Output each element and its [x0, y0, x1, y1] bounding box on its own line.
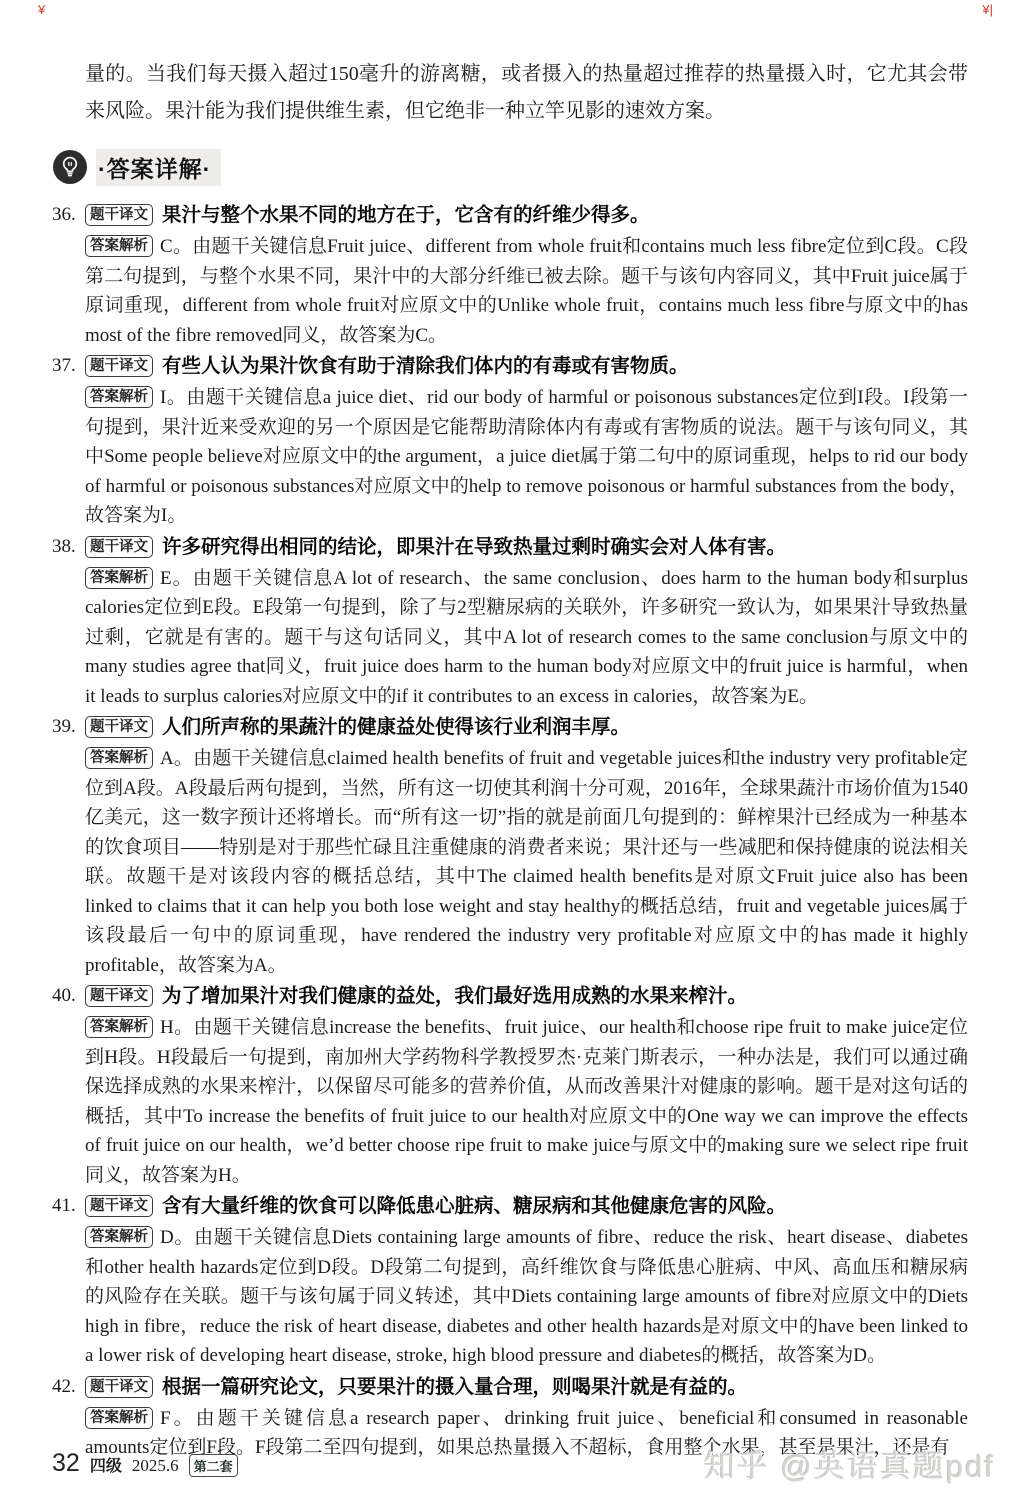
analysis-text: H。由题干关键信息increase the benefits、fruit jui… [85, 1017, 968, 1186]
analysis-label: 答案解析 [85, 747, 153, 769]
exam-date: 2025.6 [132, 1456, 179, 1476]
item-number: 36. [52, 200, 76, 230]
answer-analysis: 答案解析C。由题干关键信息Fruit juice、different from … [85, 232, 968, 350]
translation-label: 题干译文 [85, 204, 153, 226]
translation-label: 题干译文 [85, 716, 153, 738]
item-number: 38. [52, 532, 76, 562]
question-translation: 为了增加果汁对我们健康的益处，我们最好选用成熟的水果来榨汁。 [162, 985, 747, 1007]
answer-item: 38. 题干译文许多研究得出相同的结论，即果汁在导致热量过剩时确实会对人体有害。… [85, 532, 968, 712]
page-footer: 32 四级 2025.6 第二套 [52, 1449, 238, 1478]
answer-items: 36. 题干译文果汁与整个水果不同的地方在于，它含有的纤维少得多。 答案解析C。… [85, 200, 968, 1463]
answer-item: 40. 题干译文为了增加果汁对我们健康的益处，我们最好选用成熟的水果来榨汁。 答… [85, 981, 968, 1190]
question-title-row: 题干译文果汁与整个水果不同的地方在于，它含有的纤维少得多。 [85, 200, 968, 232]
question-translation: 有些人认为果汁饮食有助于清除我们体内的有毒或有害物质。 [162, 355, 689, 377]
question-title-row: 题干译文有些人认为果汁饮食有助于清除我们体内的有毒或有害物质。 [85, 351, 968, 383]
question-translation: 含有大量纤维的饮食可以降低患心脏病、糖尿病和其他健康危害的风险。 [162, 1195, 786, 1217]
answer-analysis: 答案解析H。由题干关键信息increase the benefits、fruit… [85, 1013, 968, 1190]
question-translation: 人们所声称的果蔬汁的健康益处使得该行业利润丰厚。 [162, 716, 630, 738]
question-title-row: 题干译文含有大量纤维的饮食可以降低患心脏病、糖尿病和其他健康危害的风险。 [85, 1191, 968, 1223]
question-translation: 许多研究得出相同的结论，即果汁在导致热量过剩时确实会对人体有害。 [162, 536, 786, 558]
analysis-text: D。由题干关键信息Diets containing large amounts … [85, 1227, 968, 1366]
item-number: 39. [52, 712, 76, 742]
question-translation: 果汁与整个水果不同的地方在于，它含有的纤维少得多。 [162, 204, 650, 226]
answer-analysis: 答案解析E。由题干关键信息A lot of research、the same … [85, 564, 968, 712]
intro-paragraph: 量的。当我们每天摄入超过150毫升的游离糖，或者摄入的热量超过推荐的热量摄入时，… [85, 56, 968, 130]
analysis-label: 答案解析 [85, 1407, 153, 1429]
analysis-text: E。由题干关键信息A lot of research、the same conc… [85, 568, 968, 707]
question-title-row: 题干译文为了增加果汁对我们健康的益处，我们最好选用成熟的水果来榨汁。 [85, 981, 968, 1013]
answer-analysis: 答案解析D。由题干关键信息Diets containing large amou… [85, 1223, 968, 1371]
analysis-label: 答案解析 [85, 386, 153, 408]
answer-item: 36. 题干译文果汁与整个水果不同的地方在于，它含有的纤维少得多。 答案解析C。… [85, 200, 968, 350]
answer-page: ¥ ¥| 量的。当我们每天摄入超过150毫升的游离糖，或者摄入的热量超过推荐的热… [0, 0, 1021, 1504]
corner-mark-right: ¥| [982, 2, 993, 17]
answer-item: 37. 题干译文有些人认为果汁饮食有助于清除我们体内的有毒或有害物质。 答案解析… [85, 351, 968, 531]
section-header: ·答案详解· [52, 148, 968, 186]
analysis-label: 答案解析 [85, 1226, 153, 1248]
question-title-row: 题干译文根据一篇研究论文，只要果汁的摄入量合理，则喝果汁就是有益的。 [85, 1372, 968, 1404]
analysis-text: C。由题干关键信息Fruit juice、different from whol… [85, 236, 968, 346]
watermark: 知乎 @英语真题pdf [704, 1441, 995, 1486]
analysis-label: 答案解析 [85, 567, 153, 589]
item-number: 40. [52, 981, 76, 1011]
page-content: 量的。当我们每天摄入超过150毫升的游离糖，或者摄入的热量超过推荐的热量摄入时，… [0, 0, 1021, 1463]
lightbulb-icon [52, 149, 88, 185]
translation-label: 题干译文 [85, 1195, 153, 1217]
exam-set-badge: 第二套 [189, 1454, 238, 1477]
translation-label: 题干译文 [85, 355, 153, 377]
translation-label: 题干译文 [85, 985, 153, 1007]
answer-analysis: 答案解析I。由题干关键信息a juice diet、rid our body o… [85, 383, 968, 531]
question-translation: 根据一篇研究论文，只要果汁的摄入量合理，则喝果汁就是有益的。 [162, 1376, 747, 1398]
corner-mark-left: ¥ [38, 2, 45, 17]
analysis-label: 答案解析 [85, 1016, 153, 1038]
item-number: 41. [52, 1191, 76, 1221]
answer-item: 41. 题干译文含有大量纤维的饮食可以降低患心脏病、糖尿病和其他健康危害的风险。… [85, 1191, 968, 1371]
analysis-text: I。由题干关键信息a juice diet、rid our body of ha… [85, 387, 968, 526]
item-number: 42. [52, 1372, 76, 1402]
page-number: 32 [52, 1449, 80, 1478]
translation-label: 题干译文 [85, 536, 153, 558]
item-number: 37. [52, 351, 76, 381]
section-title: ·答案详解· [96, 149, 221, 186]
answer-analysis: 答案解析A。由题干关键信息claimed health benefits of … [85, 744, 968, 980]
translation-label: 题干译文 [85, 1376, 153, 1398]
analysis-label: 答案解析 [85, 235, 153, 257]
analysis-text: A。由题干关键信息claimed health benefits of frui… [85, 748, 968, 976]
answer-item: 39. 题干译文人们所声称的果蔬汁的健康益处使得该行业利润丰厚。 答案解析A。由… [85, 712, 968, 980]
question-title-row: 题干译文许多研究得出相同的结论，即果汁在导致热量过剩时确实会对人体有害。 [85, 532, 968, 564]
question-title-row: 题干译文人们所声称的果蔬汁的健康益处使得该行业利润丰厚。 [85, 712, 968, 744]
exam-level: 四级 [90, 1453, 122, 1476]
